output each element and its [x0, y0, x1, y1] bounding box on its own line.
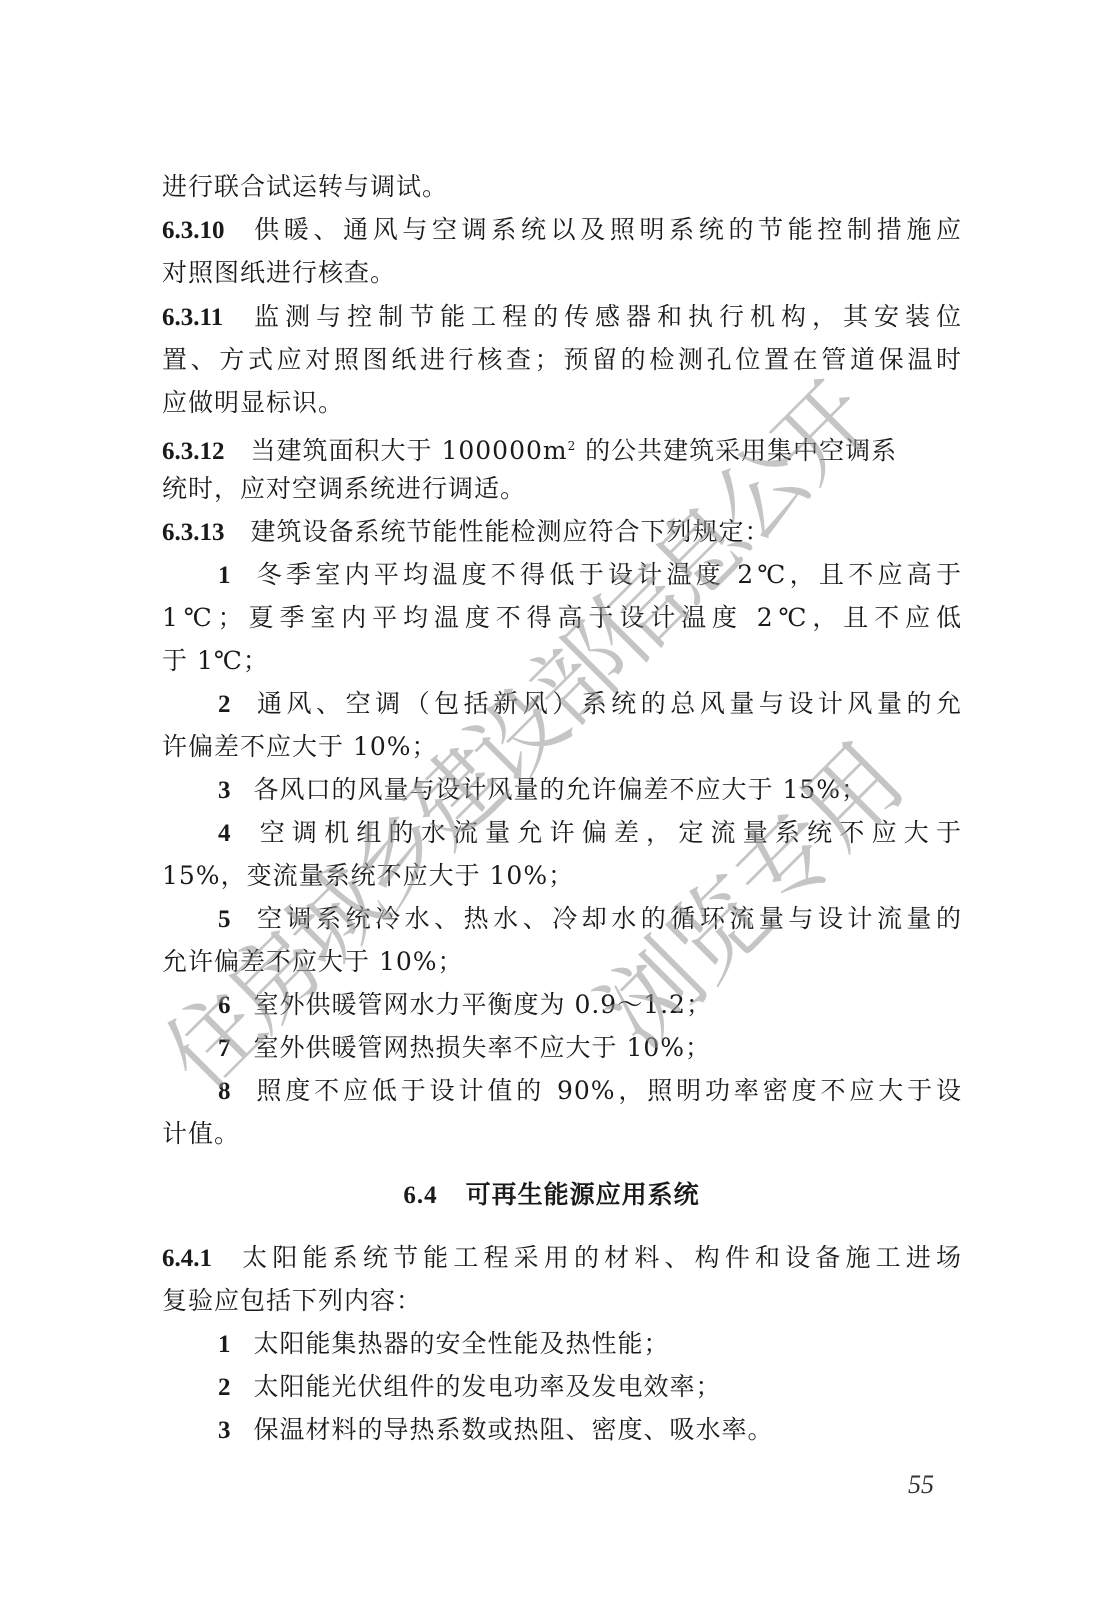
body-text: 15%，变流量系统不应大于 10%； [162, 861, 574, 890]
body-text: 保温材料的导热系数或热阻、密度、吸水率。 [254, 1415, 774, 1444]
clause-6-4-1: 6.4.1太阳能系统节能工程采用的材料、构件和设备施工进场 [162, 1243, 962, 1275]
body-text: 许偏差不应大于 10%； [162, 732, 438, 761]
item-number: 2 [218, 691, 232, 718]
body-text: 复验应包括下列内容： [162, 1286, 422, 1315]
body-text: 空调机组的水流量允许偏差，定流量系统不应大于 [254, 818, 963, 847]
clause-6-3-10-line2: 对照图纸进行核查。 [162, 258, 962, 288]
list-item-2: 2通风、空调（包括新风）系统的总风量与设计风量的允 [218, 689, 962, 721]
superscript: 2 [568, 439, 577, 453]
body-text: 对照图纸进行核查。 [162, 258, 396, 287]
item-number: 6 [218, 992, 232, 1019]
body-text: 空调系统冷水、热水、冷却水的循环流量与设计流量的 [254, 904, 963, 933]
body-text: 室外供暖管网水力平衡度为 0.9～1.2； [254, 990, 712, 1019]
body-text: 计值。 [162, 1119, 240, 1148]
item-number: 4 [218, 820, 232, 847]
body-text: 供暖、通风与空调系统以及照明系统的节能控制措施应 [251, 215, 963, 244]
item-number: 3 [218, 1417, 232, 1444]
list-item-6-4-1-3: 3保温材料的导热系数或热阻、密度、吸水率。 [218, 1415, 962, 1446]
document-page: 进行联合试运转与调试。 6.3.10供暖、通风与空调系统以及照明系统的节能控制措… [0, 0, 1103, 1597]
clause-number: 6.3.10 [162, 217, 225, 244]
page-number: 55 [908, 1470, 934, 1500]
clause-6-3-11: 6.3.11监测与控制节能工程的传感器和执行机构，其安装位 [162, 302, 962, 334]
clause-6-3-10: 6.3.10供暖、通风与空调系统以及照明系统的节能控制措施应 [162, 215, 962, 247]
item-number: 5 [218, 906, 232, 933]
clause-number: 6.4.1 [162, 1245, 212, 1272]
body-text: 应做明显标识。 [162, 388, 344, 417]
list-item-1: 1冬季室内平均温度不得低于设计温度 2℃，且不应高于 [218, 560, 962, 592]
list-item-4-line2: 15%，变流量系统不应大于 10%； [162, 861, 962, 891]
body-text: 冬季室内平均温度不得低于设计温度 2℃，且不应高于 [254, 560, 963, 589]
clause-6-3-11-line2: 置、方式应对照图纸进行核查；预留的检测孔位置在管道保温时 [162, 345, 962, 377]
item-number: 1 [218, 1331, 232, 1358]
body-text: 允许偏差不应大于 10%； [162, 947, 464, 976]
body-text: 监测与控制节能工程的传感器和执行机构，其安装位 [249, 302, 962, 331]
section-heading: 6.4可再生能源应用系统 [0, 1180, 1103, 1211]
item-number: 8 [218, 1078, 232, 1105]
clause-number: 6.3.11 [162, 304, 223, 331]
list-item-8: 8照度不应低于设计值的 90%，照明功率密度不应大于设 [218, 1076, 962, 1108]
clause-6-3-12-line2: 统时，应对空调系统进行调适。 [162, 474, 962, 504]
list-item-6-4-1-2: 2太阳能光伏组件的发电功率及发电效率； [218, 1372, 962, 1403]
body-text: 1℃；夏季室内平均温度不得高于设计温度 2℃，且不应低 [162, 603, 962, 632]
list-item-5-line2: 允许偏差不应大于 10%； [162, 947, 962, 977]
clause-6-3-11-line3: 应做明显标识。 [162, 388, 962, 418]
body-text: 的公共建筑采用集中空调系 [576, 436, 897, 465]
body-text: 太阳能集热器的安全性能及热性能； [254, 1329, 670, 1358]
body-text: 照度不应低于设计值的 90%，照明功率密度不应大于设 [254, 1076, 963, 1105]
section-title: 可再生能源应用系统 [466, 1180, 700, 1209]
body-text: 太阳能系统节能工程采用的材料、构件和设备施工进场 [238, 1243, 962, 1272]
clause-number: 6.3.13 [162, 519, 225, 546]
clause-6-3-13: 6.3.13建筑设备系统节能性能检测应符合下列规定： [162, 517, 962, 548]
list-item-2-line2: 许偏差不应大于 10%； [162, 732, 962, 762]
item-number: 2 [218, 1374, 232, 1401]
body-text: 各风口的风量与设计风量的允许偏差不应大于 15%； [254, 775, 868, 804]
clause-6-3-12: 6.3.12当建筑面积大于 100000m2 的公共建筑采用集中空调系 [162, 431, 962, 467]
list-item-8-line2: 计值。 [162, 1119, 962, 1149]
item-number: 7 [218, 1035, 232, 1062]
list-item-1-line2: 1℃；夏季室内平均温度不得高于设计温度 2℃，且不应低 [162, 603, 962, 635]
item-number: 3 [218, 777, 232, 804]
list-item-5: 5空调系统冷水、热水、冷却水的循环流量与设计流量的 [218, 904, 962, 936]
body-text: 太阳能光伏组件的发电功率及发电效率； [254, 1372, 722, 1401]
list-item-1-line3: 于 1℃； [162, 646, 962, 676]
item-number: 1 [218, 562, 232, 589]
list-item-7: 7室外供暖管网热损失率不应大于 10%； [218, 1033, 962, 1064]
body-text: 通风、空调（包括新风）系统的总风量与设计风量的允 [254, 689, 963, 718]
body-text: 置、方式应对照图纸进行核查；预留的检测孔位置在管道保温时 [162, 345, 962, 374]
list-item-6: 6室外供暖管网水力平衡度为 0.9～1.2； [218, 990, 962, 1021]
clause-number: 6.3.12 [162, 438, 225, 465]
body-text: 于 1℃； [162, 646, 269, 675]
clause-6-4-1-line2: 复验应包括下列内容： [162, 1286, 962, 1316]
body-text: 当建筑面积大于 100000m [251, 436, 568, 465]
list-item-6-4-1-1: 1太阳能集热器的安全性能及热性能； [218, 1329, 962, 1360]
paragraph-continuation: 进行联合试运转与调试。 [162, 172, 962, 202]
list-item-3: 3各风口的风量与设计风量的允许偏差不应大于 15%； [218, 775, 962, 806]
body-text: 建筑设备系统节能性能检测应符合下列规定： [251, 517, 771, 546]
section-number: 6.4 [403, 1182, 437, 1209]
body-text: 室外供暖管网热损失率不应大于 10%； [254, 1033, 712, 1062]
list-item-4: 4空调机组的水流量允许偏差，定流量系统不应大于 [218, 818, 962, 850]
body-text: 统时，应对空调系统进行调适。 [162, 474, 526, 503]
body-text: 进行联合试运转与调试。 [162, 172, 448, 201]
